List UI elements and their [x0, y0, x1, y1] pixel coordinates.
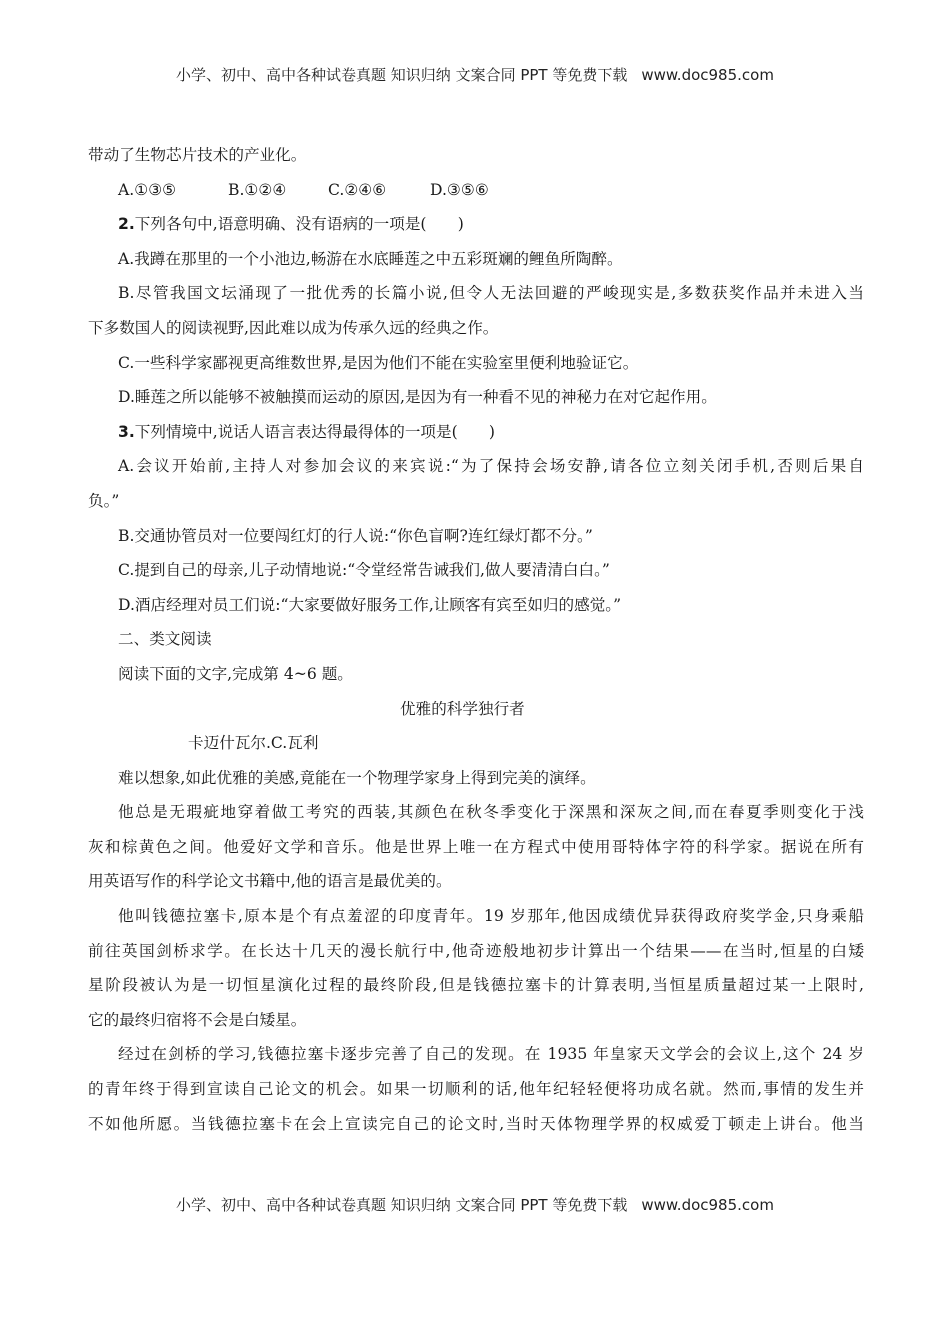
q2-number: 2.	[118, 215, 135, 233]
q1-option-b: B.①②④	[228, 173, 328, 208]
footer-text: 小学、初中、高中各种试卷真题 知识归纳 文案合同 PPT 等免费下载	[176, 1196, 627, 1214]
q2-option-b-line2: 下多数国人的阅读视野,因此难以成为传承久远的经典之作。	[88, 311, 864, 346]
article-paragraph-3-line3: 星阶段被认为是一切恒星演化过程的最终阶段,但是钱德拉塞卡的计算表明,当恒星质量超…	[88, 968, 864, 1003]
page-footer: 小学、初中、高中各种试卷真题 知识归纳 文案合同 PPT 等免费下载www.do…	[0, 1194, 950, 1215]
q2-stem-text: 下列各句中,语意明确、没有语病的一项是( )	[135, 215, 464, 233]
q2-option-d: D.睡莲之所以能够不被触摸而运动的原因,是因为有一种看不见的神秘力在对它起作用。	[88, 380, 864, 415]
article-paragraph-2-line2: 灰和棕黄色之间。他爱好文学和音乐。他是世界上唯一在方程式中使用哥特体字符的科学家…	[88, 830, 864, 865]
article-paragraph-2-line1: 他总是无瑕疵地穿着做工考究的西装,其颜色在秋冬季变化于深黑和深灰之间,而在春夏季…	[88, 795, 864, 830]
q3-option-c: C.提到自己的母亲,儿子动情地说:“令堂经常告诫我们,做人要清清白白。”	[88, 553, 864, 588]
document-body: 带动了生物芯片技术的产业化。 A.①③⑤B.①②④C.②④⑥D.③⑤⑥ 2.下列…	[88, 138, 864, 1141]
q2-option-c: C.一些科学家鄙视更高维数世界,是因为他们不能在实验室里便利地验证它。	[88, 346, 864, 381]
page-header: 小学、初中、高中各种试卷真题 知识归纳 文案合同 PPT 等免费下载www.do…	[0, 64, 950, 85]
q3-option-a-line1: A.会议开始前,主持人对参加会议的来宾说:“为了保持会场安静,请各位立刻关闭手机…	[88, 449, 864, 484]
q1-option-a: A.①③⑤	[118, 173, 228, 208]
reading-instruction: 阅读下面的文字,完成第 4~6 题。	[88, 657, 864, 692]
q3-stem: 3.下列情境中,说话人语言表达得最得体的一项是( )	[88, 415, 864, 450]
q3-number: 3.	[118, 423, 135, 441]
q1-continuation: 带动了生物芯片技术的产业化。	[88, 138, 864, 173]
q3-option-b: B.交通协管员对一位要闯红灯的行人说:“你色盲啊?连红绿灯都不分。”	[88, 519, 864, 554]
q2-option-b-line1: B.尽管我国文坛涌现了一批优秀的长篇小说,但令人无法回避的严峻现实是,多数获奖作…	[88, 276, 864, 311]
section-heading: 二、类文阅读	[88, 622, 864, 657]
footer-site-link[interactable]: www.doc985.com	[641, 1196, 774, 1214]
article-paragraph-4-line1: 经过在剑桥的学习,钱德拉塞卡逐步完善了自己的发现。在 1935 年皇家天文学会的…	[88, 1037, 864, 1072]
q3-option-a-line2: 负。”	[88, 484, 864, 519]
header-site-link[interactable]: www.doc985.com	[641, 66, 774, 84]
q1-option-d: D.③⑤⑥	[430, 173, 489, 208]
q2-stem: 2.下列各句中,语意明确、没有语病的一项是( )	[88, 207, 864, 242]
q2-option-a: A.我蹲在那里的一个小池边,畅游在水底睡莲之中五彩斑斓的鲤鱼所陶醉。	[88, 242, 864, 277]
article-paragraph-4-line3: 不如他所愿。当钱德拉塞卡在会上宣读完自己的论文时,当时天体物理学界的权威爱丁顿走…	[88, 1107, 864, 1142]
article-paragraph-4-line2: 的青年终于得到宣读自己论文的机会。如果一切顺利的话,他年纪轻轻便将功成名就。然而…	[88, 1072, 864, 1107]
q1-options: A.①③⑤B.①②④C.②④⑥D.③⑤⑥	[88, 173, 864, 208]
article-paragraph-3-line2: 前往英国剑桥求学。在长达十几天的漫长航行中,他奇迹般地初步计算出一个结果——在当…	[88, 934, 864, 969]
article-paragraph-3-line1: 他叫钱德拉塞卡,原本是个有点羞涩的印度青年。19 岁那年,他因成绩优异获得政府奖…	[88, 899, 864, 934]
article-title: 优雅的科学独行者	[88, 692, 864, 727]
q1-option-c: C.②④⑥	[328, 173, 430, 208]
q3-option-d: D.酒店经理对员工们说:“大家要做好服务工作,让顾客有宾至如归的感觉。”	[88, 588, 864, 623]
q3-stem-text: 下列情境中,说话人语言表达得最得体的一项是( )	[135, 423, 495, 441]
article-paragraph-2-line3: 用英语写作的科学论文书籍中,他的语言是最优美的。	[88, 864, 864, 899]
header-text: 小学、初中、高中各种试卷真题 知识归纳 文案合同 PPT 等免费下载	[176, 66, 627, 84]
article-paragraph-3-line4: 它的最终归宿将不会是白矮星。	[88, 1003, 864, 1038]
article-paragraph-1: 难以想象,如此优雅的美感,竟能在一个物理学家身上得到完美的演绎。	[88, 761, 864, 796]
article-author: 卡迈什瓦尔.C.瓦利	[88, 726, 864, 761]
